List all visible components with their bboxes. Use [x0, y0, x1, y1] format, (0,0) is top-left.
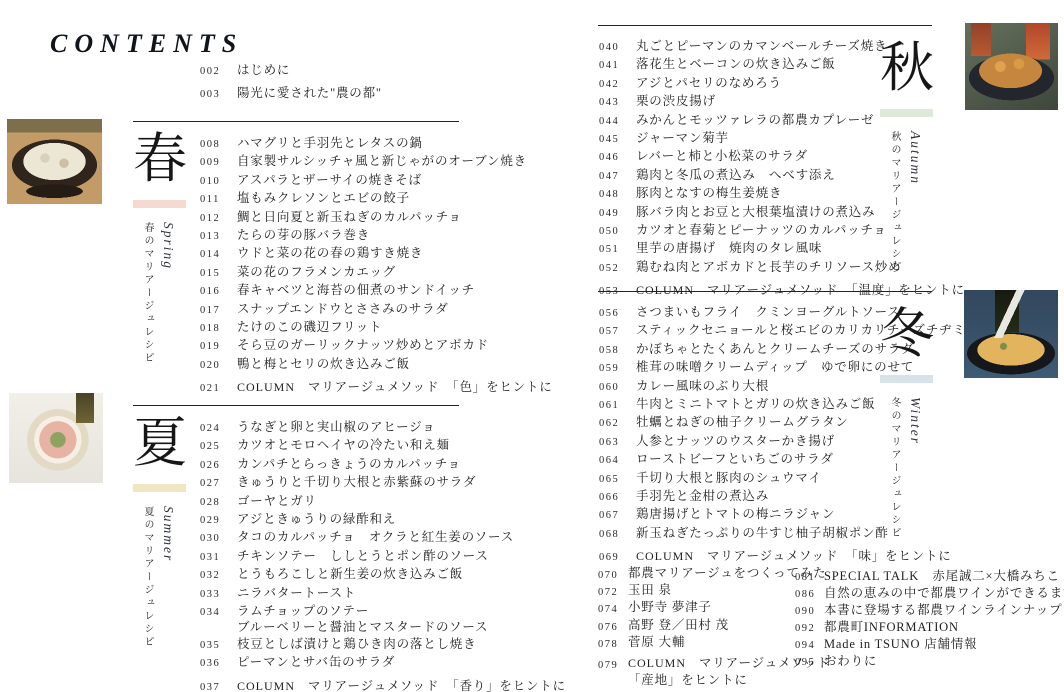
entry-page-number: 024	[200, 419, 237, 437]
entry-page-number: 044	[599, 112, 636, 130]
entry-title: はじめに	[237, 60, 290, 81]
entry-page-number: 010	[200, 172, 237, 190]
autumn-accent-bar	[880, 109, 933, 117]
entry-title: そら豆のガーリックナッツ炒めとアボカド	[237, 337, 489, 353]
summer-label-en: Summer	[160, 506, 176, 649]
entry-page-number: 081	[795, 569, 824, 586]
entry-page-number: 035	[200, 636, 237, 654]
page-title: CONTENTS	[50, 29, 243, 59]
toc-entry: 025 カツオとモロヘイヤの冷たい和え麺	[200, 437, 459, 455]
autumn-label-en: Autumn	[907, 131, 923, 274]
summer-sidebar: 夏 夏のマリアージュレシピ Summer	[133, 415, 191, 649]
back-matter-section: 081 SPECIAL TALK 赤尾誠二×大橋みちこ 086 自然の恵みの中で…	[795, 569, 1064, 670]
entry-page-number: 032	[200, 566, 237, 584]
toc-entry: 008 ハマグリと手羽先とレタスの鍋	[200, 135, 459, 153]
entry-title: 枝豆としば漬けと鶏ひき肉の落とし焼き	[237, 636, 476, 652]
entry-title: 陽光に愛された"農の都"	[237, 83, 382, 104]
toc-entry: 012 鯛と日向夏と新玉ねぎのカルパッチョ	[200, 209, 459, 227]
entry-page-number: 037	[200, 678, 237, 692]
entry-page-number: 043	[599, 93, 636, 111]
toc-entry: 094 Made in TSUNO 店舗情報	[795, 637, 1064, 654]
entry-title: カレー風味のぶり大根	[636, 378, 769, 394]
toc-entry: 016 春キャベツと海苔の佃煮のサンドイッチ	[200, 282, 459, 300]
entry-title: 豚肉となすの梅生姜焼き	[636, 185, 782, 201]
entry-title: とうもろこしと新生姜の炊き込みご飯	[237, 566, 463, 582]
winter-accent-bar	[880, 375, 933, 383]
entry-page-number: 021	[200, 379, 237, 397]
entry-page-number: 074	[598, 600, 628, 617]
summer-carpaccio-photo	[9, 393, 103, 483]
entry-title: ジャーマン菊芋	[636, 130, 729, 146]
entry-title: ニラバタートースト	[237, 585, 356, 601]
entry-title: 鶏むね肉とアボカドと長芋のチリソース炒め	[636, 259, 901, 275]
spring-label-en: Spring	[160, 222, 176, 365]
entry-title: 鶏肉と冬瓜の煮込み へべす添え	[636, 167, 836, 183]
toc-entry: 011 塩もみクレソンとエビの餃子	[200, 190, 459, 208]
entry-title: 鯛と日向夏と新玉ねぎのカルパッチョ	[237, 209, 462, 225]
spring-sidebar: 春 春のマリアージュレシピ Spring	[133, 131, 191, 365]
toc-entry: 086 自然の恵みの中で都農ワインができるまで	[795, 586, 1064, 603]
entry-page-number: 069	[599, 548, 636, 566]
winter-kanji: 冬	[880, 306, 932, 363]
entry-title: 千切り大根と豚肉のシュウマイ	[636, 470, 822, 486]
summer-label-ja: 夏のマリアージュレシピ	[140, 506, 155, 649]
entry-title: たけのこの磯辺フリット	[237, 319, 382, 335]
toc-entry: 024 うなぎと卵と実山椒のアヒージョ	[200, 419, 459, 437]
summer-kanji: 夏	[133, 415, 191, 472]
entry-page-number: 026	[200, 456, 237, 474]
toc-entry: 002 はじめに	[200, 60, 382, 83]
entry-title: アジとパセリのなめろう	[636, 75, 782, 91]
toc-entry: 090 本書に登場する都農ワインラインナップ	[795, 603, 1064, 620]
entry-title: ゴーヤとガリ	[237, 493, 317, 509]
winter-label-ja: 冬のマリアージュレシピ	[887, 397, 902, 540]
entry-title: うなぎと卵と実山椒のアヒージョ	[237, 419, 436, 435]
entry-page-number: 036	[200, 654, 237, 672]
entry-page-number: 079	[598, 656, 628, 673]
entry-title: スナップエンドウとささみのサラダ	[237, 301, 449, 317]
entry-page-number: 048	[599, 185, 636, 203]
spring-hotpot-photo	[7, 119, 102, 204]
entry-title: きゅうりと千切り大根と赤紫蘇のサラダ	[237, 474, 476, 490]
entry-title: みかんとモッツァレラの都農カプレーゼ	[636, 112, 874, 128]
entry-page-number: 057	[599, 322, 636, 340]
entry-page-number: 014	[200, 245, 237, 263]
spring-kanji: 春	[133, 131, 191, 188]
autumn-label-ja: 秋のマリアージュレシピ	[887, 131, 902, 274]
entry-title: ピーマンとサバ缶のサラダ	[237, 654, 395, 670]
entry-page-number: 029	[200, 511, 237, 529]
entry-page-number: 065	[599, 470, 636, 488]
toc-entry: 081 SPECIAL TALK 赤尾誠二×大橋みちこ	[795, 569, 1064, 586]
winter-vertical-labels: 冬のマリアージュレシピ Winter	[880, 397, 932, 540]
entry-page-number: 066	[599, 488, 636, 506]
toc-entry: 014 ウドと菜の花の春の鶏すき焼き	[200, 245, 459, 263]
winter-column-entry: 069 COLUMNマリアージュメソッド 「味」をヒントに	[599, 548, 932, 566]
entry-page-number: 045	[599, 130, 636, 148]
toc-entry: 020 鴨と梅とセリの炊き込みご飯	[200, 356, 459, 374]
entry-title: 栗の渋皮揚げ	[636, 93, 716, 109]
entry-title: かぼちゃとたくあんとクリームチーズのサラダ	[636, 341, 914, 357]
section-spring: 春 春のマリアージュレシピ Spring 008 ハマグリと手羽先とレタスの鍋 …	[133, 121, 459, 398]
entry-title: ハマグリと手羽先とレタスの鍋	[237, 135, 423, 151]
toc-entry: 026 カンパチとらっきょうのカルパッチョ	[200, 456, 459, 474]
entry-page-number: 031	[200, 548, 237, 566]
entry-title: SPECIAL TALK 赤尾誠二×大橋みちこ	[824, 569, 1060, 584]
section-summer: 夏 夏のマリアージュレシピ Summer 024 うなぎと卵と実山椒のアヒージョ…	[133, 405, 459, 692]
entry-title: 鶏唐揚げとトマトの梅ニラジャン	[636, 506, 835, 522]
entry-title: 里芋の唐揚げ 焼肉のタレ風味	[636, 240, 822, 256]
entry-page-number: 042	[599, 75, 636, 93]
entry-page-number: 072	[598, 583, 628, 600]
entry-page-number: 041	[599, 56, 636, 74]
entry-page-number: 064	[599, 451, 636, 469]
toc-entry: 031 チキンソテー ししとうとポン酢のソース	[200, 548, 459, 566]
intro-entry-list: 002 はじめに 003 陽光に愛された"農の都"	[200, 60, 382, 105]
entry-title: アスパラとザーサイの焼きそば	[237, 172, 422, 188]
column-text: マリアージュメソッド 「色」をヒントに	[308, 380, 553, 394]
column-text-line2: 「産地」をヒントに	[628, 673, 830, 688]
entry-page-number: 040	[599, 38, 636, 56]
toc-entry: 027 きゅうりと千切り大根と赤紫蘇のサラダ	[200, 474, 459, 492]
entry-title: 自家製サルシッチャ風と新じゃがのオーブン焼き	[237, 153, 527, 169]
spring-column-entry: 021 COLUMNマリアージュメソッド 「色」をヒントに	[200, 379, 459, 397]
toc-entry: 015 菜の花のフラメンカエッグ	[200, 264, 459, 282]
entry-page-number: 013	[200, 227, 237, 245]
entry-page-number: 020	[200, 356, 237, 374]
entry-page-number: 086	[795, 586, 824, 603]
entry-title: おわりに	[824, 654, 877, 669]
entry-page-number: 012	[200, 209, 237, 227]
entry-page-number: 025	[200, 437, 237, 455]
entry-page-number: 003	[200, 83, 237, 106]
summer-recipe-list: 024 うなぎと卵と実山椒のアヒージョ 025 カツオとモロヘイヤの冷たい和え麺…	[200, 419, 459, 673]
entry-title: 菜の花のフラメンカエッグ	[237, 264, 396, 280]
entry-page-number: 060	[599, 378, 636, 396]
entry-page-number: 063	[599, 433, 636, 451]
entry-page-number: 002	[200, 60, 237, 83]
entry-title: 丸ごとピーマンのカマンベールチーズ焼き	[636, 38, 887, 54]
toc-entry: 003 陽光に愛された"農の都"	[200, 83, 382, 106]
entry-title: 鴨と梅とセリの炊き込みご飯	[237, 356, 410, 372]
toc-entry: 013 たらの芽の豚バラ巻き	[200, 227, 459, 245]
entry-page-number: 016	[200, 282, 237, 300]
toc-entry: 030 タコのカルパッチョ オクラと紅生姜のソース	[200, 529, 459, 547]
toc-entry: 035 枝豆としば漬けと鶏ひき肉の落とし焼き	[200, 636, 459, 654]
entry-page-number: 061	[599, 396, 636, 414]
entry-page-number: 051	[599, 240, 636, 258]
toc-entry: 032 とうもろこしと新生姜の炊き込みご飯	[200, 566, 459, 584]
entry-page-number: 015	[200, 264, 237, 282]
entry-title: ローストビーフといちごのサラダ	[636, 451, 834, 467]
entry-page-number: 058	[599, 341, 636, 359]
entry-title: 人参とナッツのウスターかき揚げ	[636, 433, 835, 449]
entry-title: ラムチョップのソテー	[237, 603, 488, 619]
toc-entry: 017 スナップエンドウとささみのサラダ	[200, 301, 459, 319]
entry-title: 本書に登場する都農ワインラインナップ	[824, 603, 1062, 618]
entry-title: 自然の恵みの中で都農ワインができるまで	[824, 586, 1064, 601]
entry-page-number: 033	[200, 585, 237, 603]
entry-page-number: 050	[599, 222, 636, 240]
toc-entry: 028 ゴーヤとガリ	[200, 493, 459, 511]
autumn-fried-dish-photo	[965, 23, 1058, 110]
entry-page-number: 028	[200, 493, 237, 511]
entry-page-number: 017	[200, 301, 237, 319]
toc-entry: 029 アジときゅうりの緑酢和え	[200, 511, 459, 529]
entry-title: さつまいもフライ クミンヨーグルトソース	[636, 304, 901, 320]
entry-page-number: 047	[599, 167, 636, 185]
entry-page-number: 068	[599, 525, 636, 543]
entry-page-number: 009	[200, 153, 237, 171]
entry-page-number: 046	[599, 148, 636, 166]
entry-page-number: 030	[200, 529, 237, 547]
entry-title: 都農町INFORMATION	[824, 620, 959, 635]
toc-entry: 019 そら豆のガーリックナッツ炒めとアボカド	[200, 337, 459, 355]
entry-page-number: 094	[795, 637, 824, 654]
entry-page-number: 070	[598, 566, 628, 583]
contents-page: CONTENTS 002 はじめに 003 陽光に愛された"農の都" 春 春のマ…	[0, 0, 1064, 692]
column-label: COLUMN	[636, 549, 694, 563]
entry-title: 小野寺 夢津子	[628, 600, 712, 615]
entry-title: チキンソテー ししとうとポン酢のソース	[237, 548, 489, 564]
column-label: COLUMN	[237, 679, 295, 692]
winter-sidebar: 冬 冬のマリアージュレシピ Winter	[880, 306, 932, 540]
entry-page-number: 027	[200, 474, 237, 492]
entry-page-number: 034	[200, 603, 237, 621]
entry-page-number: 049	[599, 204, 636, 222]
entry-page-number: 059	[599, 359, 636, 377]
entry-page-number: 078	[598, 635, 628, 652]
entry-page-number: 019	[200, 337, 237, 355]
toc-entry: 033 ニラバタートースト	[200, 585, 459, 603]
entry-title: タコのカルパッチョ オクラと紅生姜のソース	[237, 529, 514, 545]
entry-title: 牛肉とミニトマトとガリの炊き込みご飯	[636, 396, 875, 412]
entry-page-number: 062	[599, 414, 636, 432]
entry-page-number: 056	[599, 304, 636, 322]
spring-accent-bar	[133, 200, 186, 208]
toc-entry: 018 たけのこの磯辺フリット	[200, 319, 459, 337]
entry-title: 手羽先と金柑の煮込み	[636, 488, 769, 504]
winter-skillet-gratin-photo	[964, 290, 1058, 378]
summer-vertical-labels: 夏のマリアージュレシピ Summer	[133, 506, 191, 649]
summer-accent-bar	[133, 484, 186, 492]
toc-entry: 034 ラムチョップのソテーブルーベリーと醤油とマスタードのソース	[200, 603, 459, 636]
entry-title: 春キャベツと海苔の佃煮のサンドイッチ	[237, 282, 475, 298]
entry-title: 塩もみクレソンとエビの餃子	[237, 190, 410, 206]
column-label: COLUMN	[237, 380, 295, 394]
entry-title: カンパチとらっきょうのカルパッチョ	[237, 456, 461, 472]
toc-entry: 036 ピーマンとサバ缶のサラダ	[200, 654, 459, 672]
entry-page-number: 092	[795, 620, 824, 637]
entry-title: アジときゅうりの緑酢和え	[237, 511, 396, 527]
entry-page-number: 090	[795, 603, 824, 620]
entry-title: 椎茸の味噌クリームディップ ゆで卵にのせて	[636, 359, 914, 375]
section-autumn: 秋 秋のマリアージュレシピ Autumn 040 丸ごとピーマンのカマンベールチ…	[598, 25, 932, 301]
column-text: マリアージュメソッド 「味」をヒントに	[707, 549, 952, 563]
spring-vertical-labels: 春のマリアージュレシピ Spring	[133, 222, 191, 365]
entry-page-number: 011	[200, 190, 237, 208]
entry-title: Made in TSUNO 店舗情報	[824, 637, 977, 652]
spring-recipe-list: 008 ハマグリと手羽先とレタスの鍋 009 自家製サルシッチャ風と新じゃがのオ…	[200, 135, 459, 374]
entry-title: 高野 登／田村 茂	[628, 618, 729, 633]
summer-column-entry: 037 COLUMNマリアージュメソッド 「香り」をヒントに	[200, 678, 459, 692]
toc-entry: 010 アスパラとザーサイの焼きそば	[200, 172, 459, 190]
column-label: COLUMN	[628, 656, 686, 670]
autumn-kanji: 秋	[880, 40, 932, 97]
toc-entry: 092 都農町INFORMATION	[795, 620, 1064, 637]
entry-page-number: 076	[598, 618, 628, 635]
entry-title: レバーと柿と小松菜のサラダ	[636, 148, 808, 164]
winter-label-en: Winter	[907, 397, 923, 540]
entry-page-number: 018	[200, 319, 237, 337]
entry-title: 牡蠣とねぎの柚子クリームグラタン	[636, 414, 849, 430]
entry-title: 豚バラ肉とお豆と大根葉塩漬けの煮込み	[636, 204, 875, 220]
entry-title: 新玉ねぎたっぷりの牛すじ柚子胡椒ポン酢	[636, 525, 889, 541]
entry-page-number: 095	[795, 654, 824, 671]
entry-page-number: 008	[200, 135, 237, 153]
entry-title: カツオとモロヘイヤの冷たい和え麺	[237, 437, 450, 453]
autumn-sidebar: 秋 秋のマリアージュレシピ Autumn	[880, 40, 932, 274]
section-winter: 冬 冬のマリアージュレシピ Winter 056 さつまいもフライ クミンヨーグ…	[598, 291, 932, 567]
entry-title: 菅原 大輔	[628, 635, 685, 650]
toc-entry: 009 自家製サルシッチャ風と新じゃがのオーブン焼き	[200, 153, 459, 171]
entry-title: 玉田 泉	[628, 583, 672, 598]
toc-entry: 095 おわりに	[795, 654, 1064, 671]
entry-title: ウドと菜の花の春の鶏すき焼き	[237, 245, 423, 261]
entry-title: カツオと春菊とピーナッツのカルパッチョ	[636, 222, 887, 238]
column-text: マリアージュメソッド 「香り」をヒントに	[308, 679, 566, 692]
entry-title: たらの芽の豚バラ巻き	[237, 227, 370, 243]
entry-page-number: 067	[599, 506, 636, 524]
autumn-vertical-labels: 秋のマリアージュレシピ Autumn	[880, 131, 932, 274]
entry-title-line2: ブルーベリーと醤油とマスタードのソース	[237, 619, 488, 635]
spring-label-ja: 春のマリアージュレシピ	[140, 222, 155, 365]
entry-page-number: 052	[599, 259, 636, 277]
entry-title: 落花生とベーコンの炊き込みご飯	[636, 56, 836, 72]
